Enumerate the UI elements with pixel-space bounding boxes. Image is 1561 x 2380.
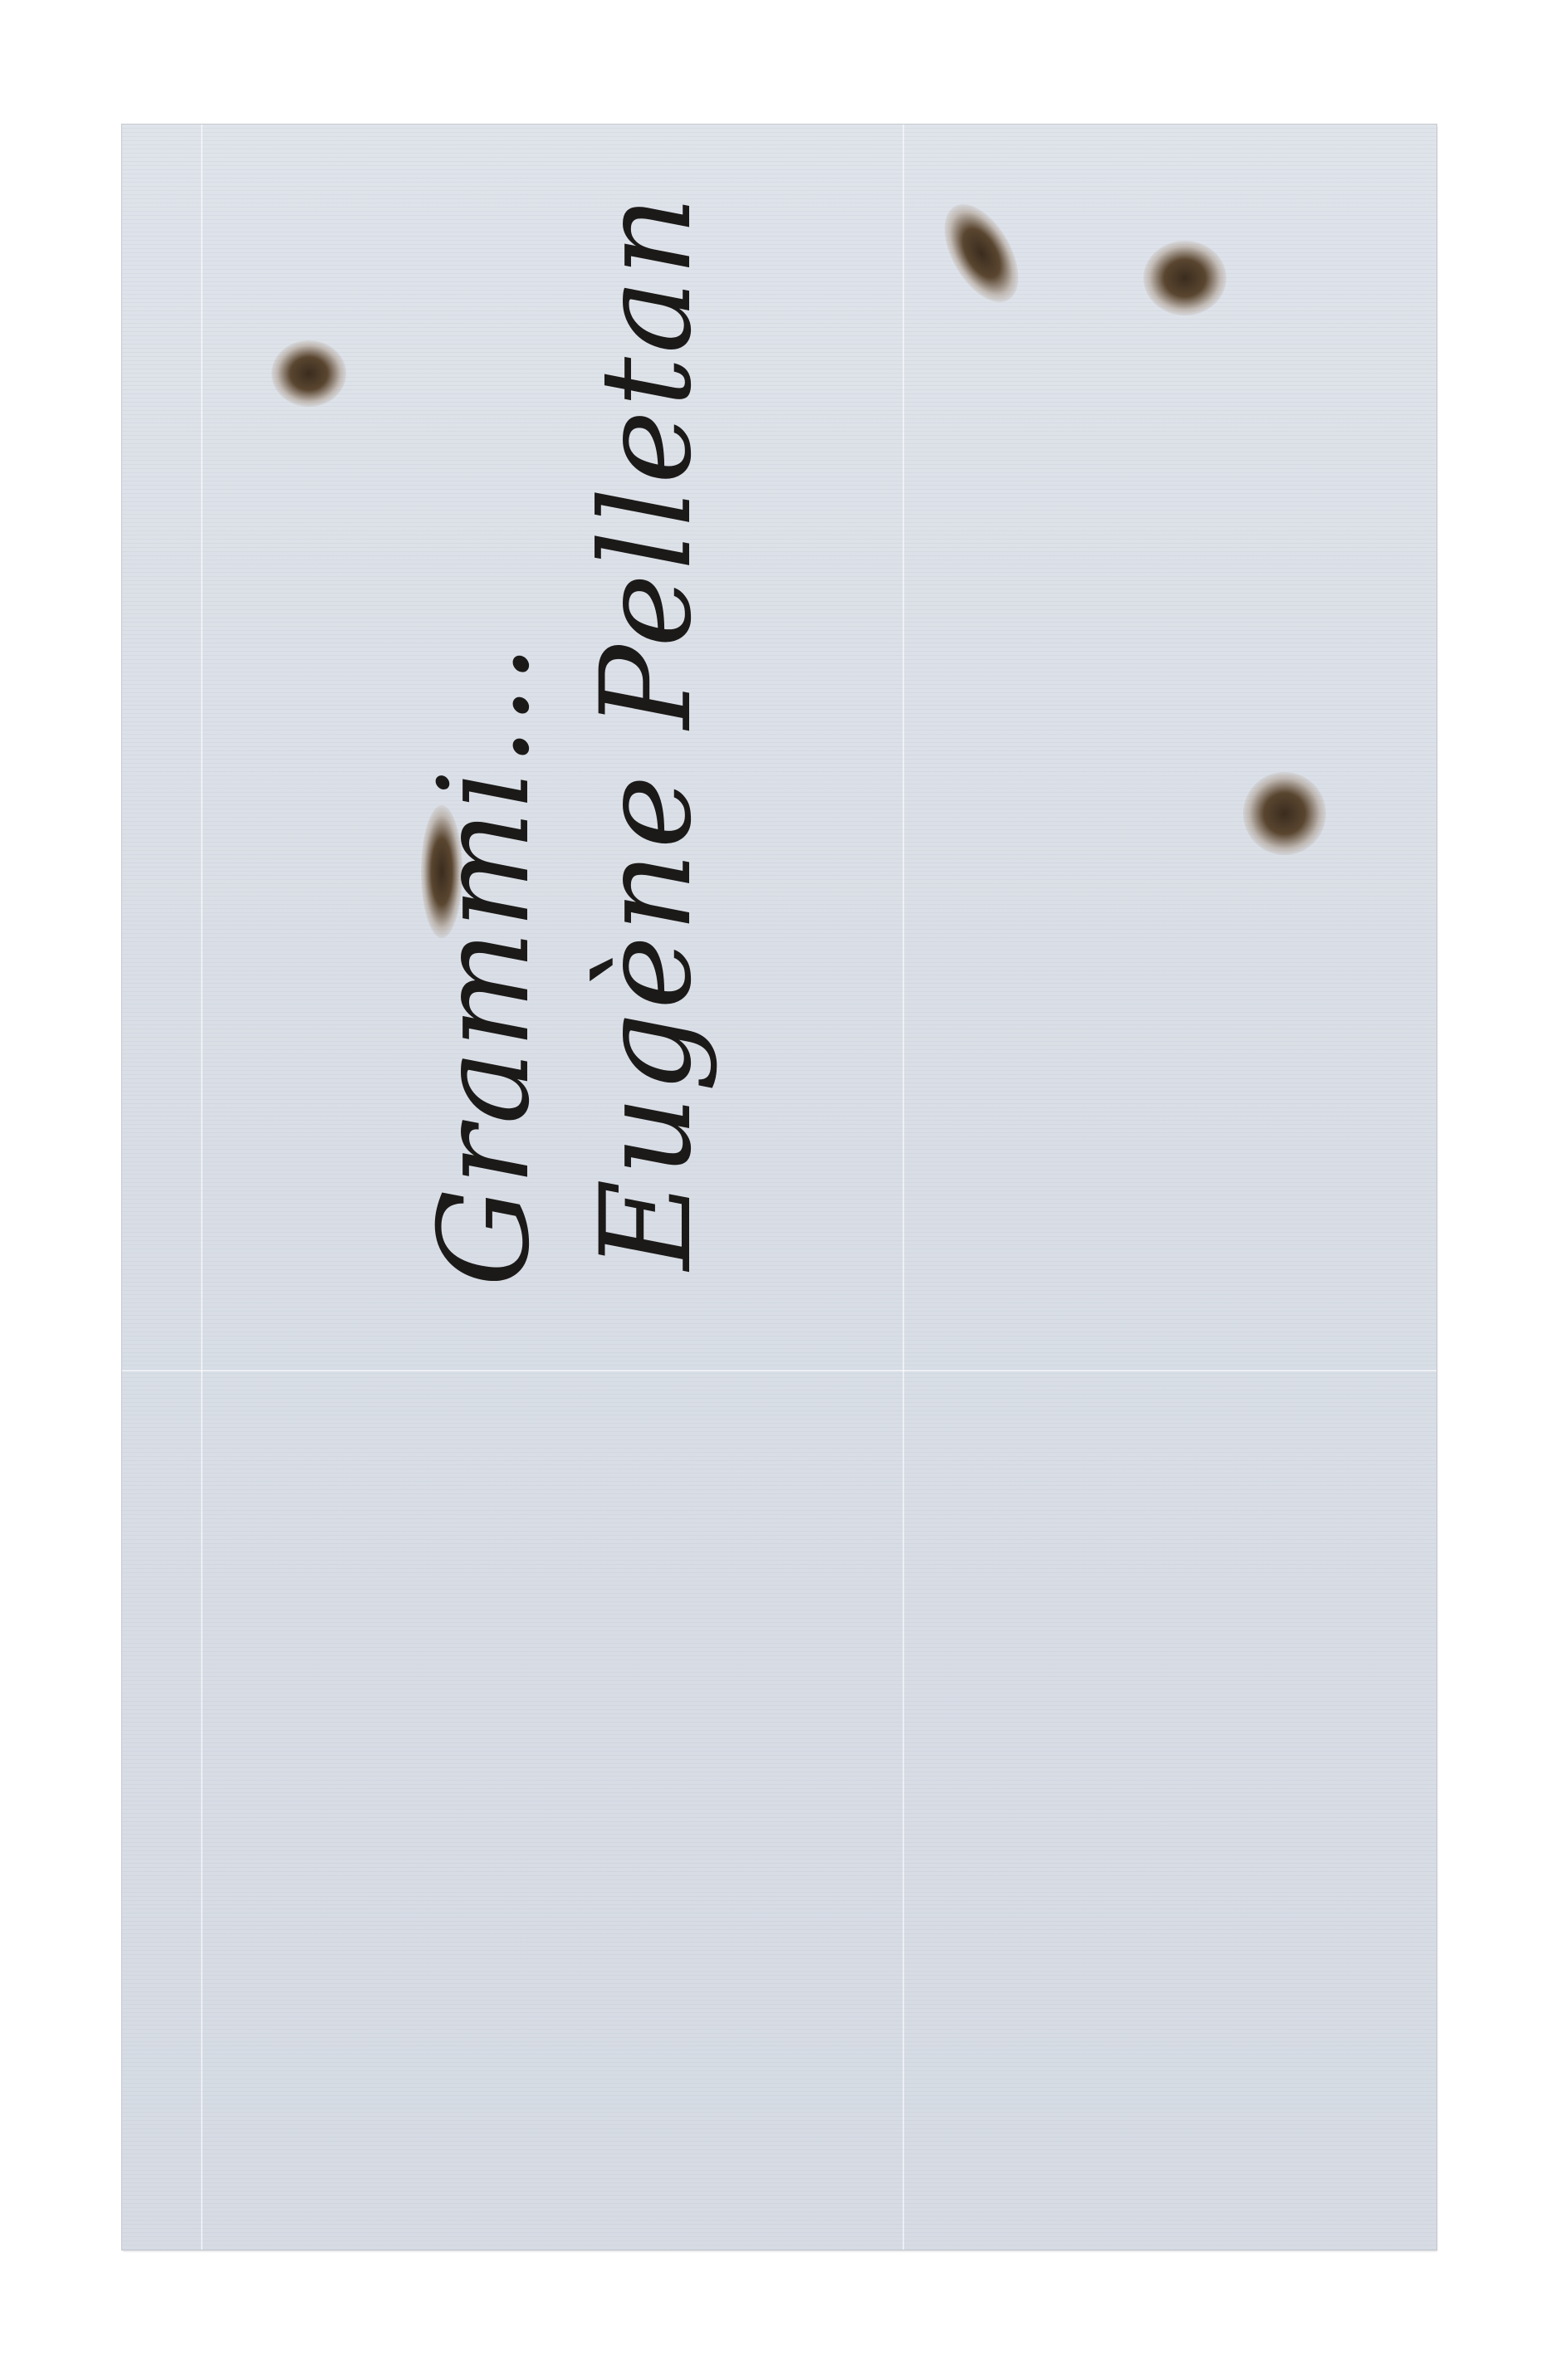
fold-crease	[201, 125, 203, 2250]
letter-paper: …… …… … …… …… … …… …… … …… …… … …… …… … …	[122, 125, 1436, 2250]
fold-crease	[122, 1370, 1436, 1371]
signature-greeting: Grammi…	[413, 642, 557, 1287]
ink-blot	[1143, 241, 1226, 315]
fold-crease	[903, 125, 904, 2250]
signature-name: Eugène Pelletan	[575, 193, 719, 1270]
ink-blot	[929, 192, 1034, 315]
ink-blot	[272, 340, 346, 407]
ink-blot	[1243, 772, 1326, 855]
